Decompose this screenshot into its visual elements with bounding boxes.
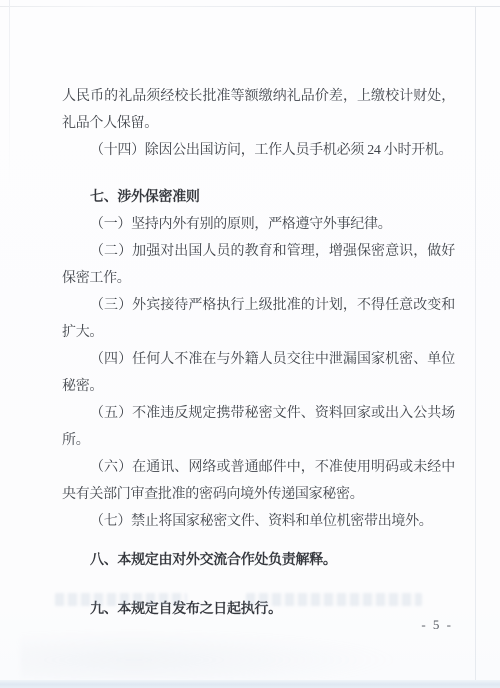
paragraph-item-7: （七）禁止将国家秘密文件、资料和单位机密带出境外。 bbox=[62, 508, 455, 535]
document-body: 人民币的礼品须经校长批准等额缴纳礼品价差，上缴校计财处，礼品个人保留。 （十四）… bbox=[62, 83, 455, 623]
paragraph-continuation: 人民币的礼品须经校长批准等额缴纳礼品价差，上缴校计财处，礼品个人保留。 bbox=[62, 83, 455, 137]
scanned-document-page: 人民币的礼品须经校长批准等额缴纳礼品价差，上缴校计财处，礼品个人保留。 （十四）… bbox=[0, 0, 500, 688]
scan-edge-bottom-strip bbox=[0, 680, 500, 688]
scan-edge-left-line bbox=[9, 0, 10, 185]
paragraph-item-5: （五）不准违反规定携带秘密文件、资料回家或出入公共场所。 bbox=[62, 400, 455, 454]
bleedthrough-ghost-run bbox=[55, 593, 187, 606]
section-heading-7: 七、涉外保密准则 bbox=[62, 184, 455, 211]
paragraph-item-14: （十四）除因公出国访问，工作人员手机必须 24 小时开机。 bbox=[62, 137, 455, 164]
paragraph-item-6: （六）在通讯、网络或普通邮件中，不准使用明码或未经中央有关部门审查批准的密码向境… bbox=[62, 454, 455, 508]
paragraph-item-2: （二）加强对出国人员的教育和管理，增强保密意识，做好保密工作。 bbox=[62, 238, 455, 292]
scan-edge-right-line bbox=[475, 6, 476, 688]
section-heading-8: 八、本规定由对外交流合作处负责解释。 bbox=[62, 547, 455, 574]
paragraph-item-1: （一）坚持内外有别的原则，严格遵守外事纪律。 bbox=[62, 211, 455, 238]
scan-edge-top-line bbox=[0, 6, 500, 7]
paragraph-item-3: （三）外宾接待严格执行上级批准的计划，不得任意改变和扩大。 bbox=[62, 292, 455, 346]
bleedthrough-ghost-text bbox=[0, 592, 500, 607]
paper-texture-smudge bbox=[20, 630, 400, 680]
page-number: - 5 - bbox=[421, 617, 453, 633]
bleedthrough-ghost-run bbox=[246, 593, 422, 606]
paragraph-item-4: （四）任何人不准在与外籍人员交往中泄漏国家机密、单位秘密。 bbox=[62, 346, 455, 400]
